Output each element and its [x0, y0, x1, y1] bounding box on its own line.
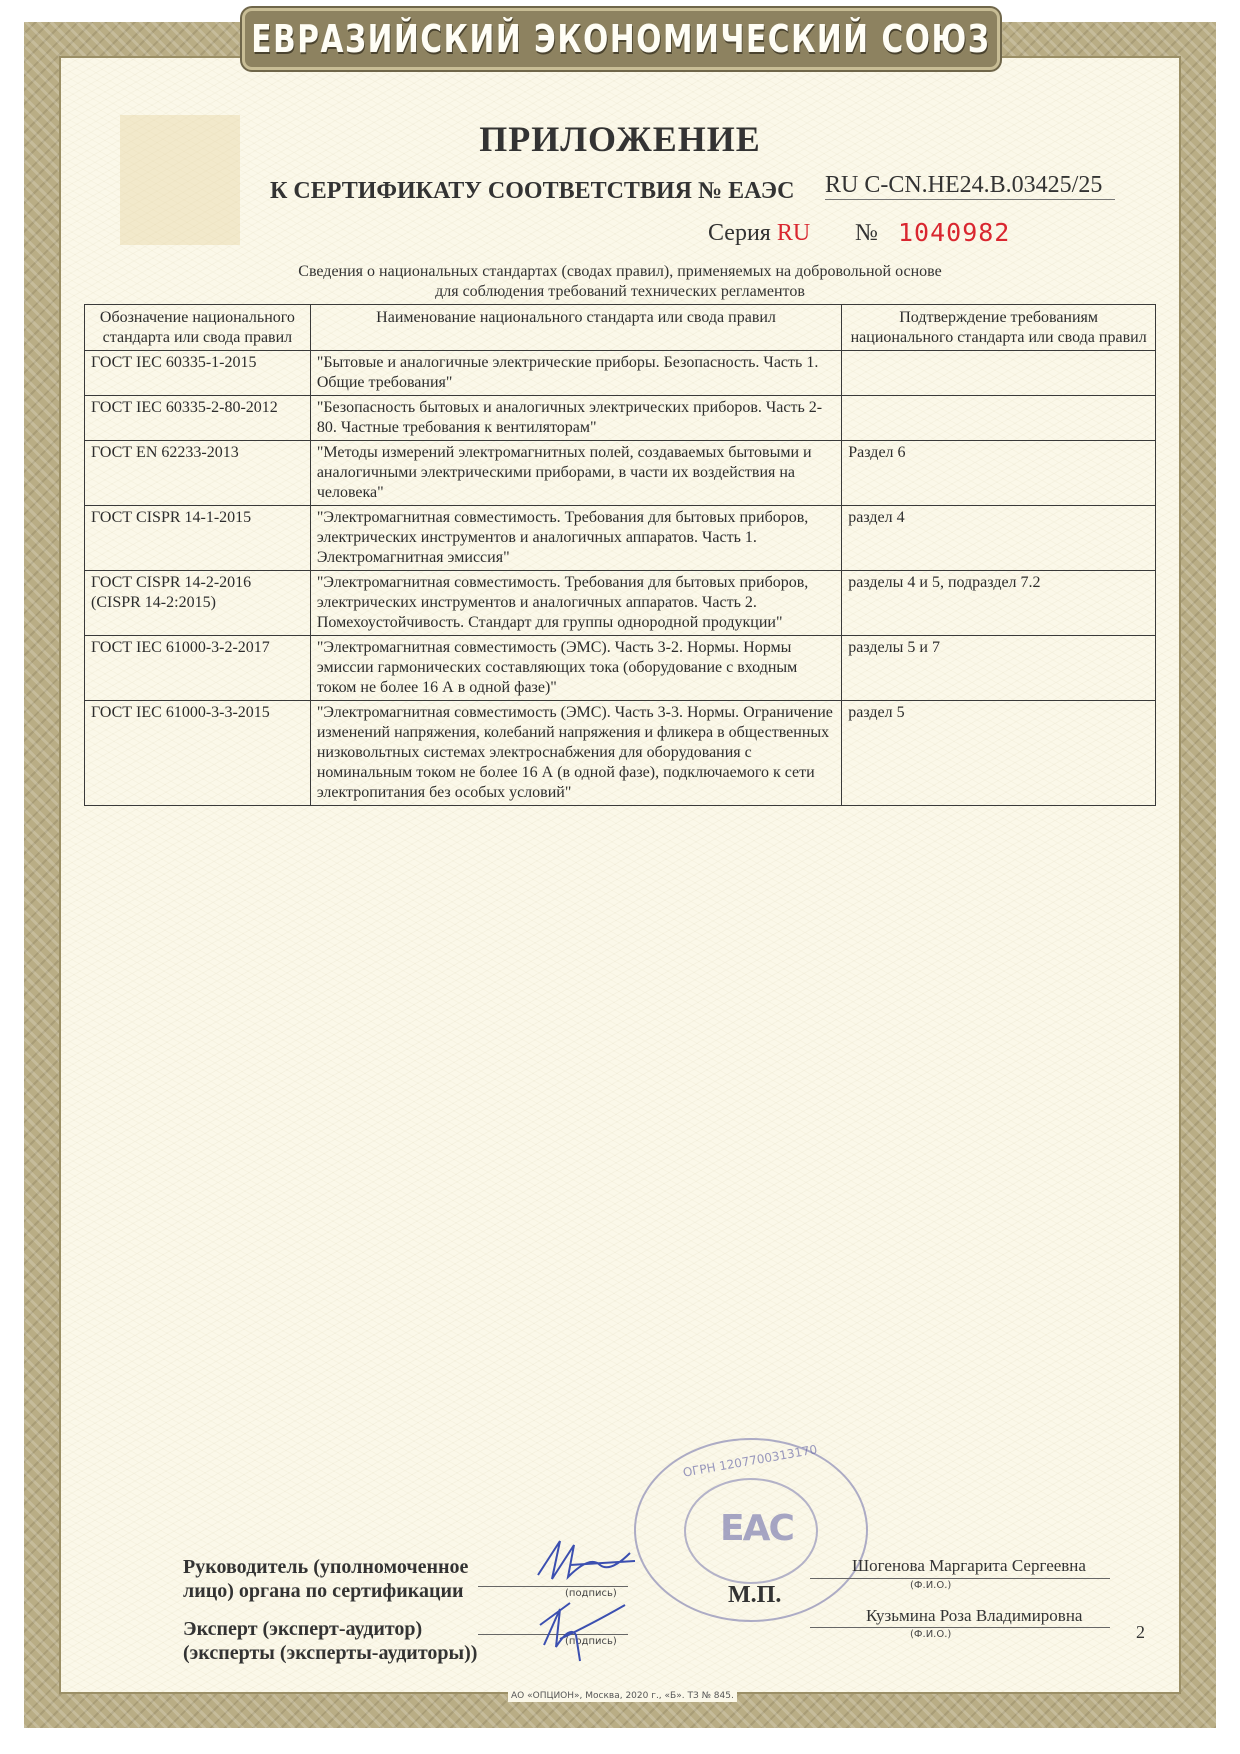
series: Серия RU — [708, 220, 810, 247]
standard-name: "Электромагнитная совместимость. Требова… — [310, 571, 841, 636]
head-label: Руководитель (уполномоченное лицо) орган… — [183, 1555, 477, 1603]
expert-label-line-2: (эксперты (эксперты-аудиторы)) — [183, 1641, 477, 1665]
standard-name: "Электромагнитная совместимость (ЭМС). Ч… — [310, 701, 841, 806]
column-header-confirmation: Подтверждение требованиям национального … — [842, 305, 1156, 351]
expert-name: Кузьмина Роза Владимировна — [866, 1606, 1082, 1626]
standard-confirmation: разделы 4 и 5, подраздел 7.2 — [842, 571, 1156, 636]
table-row: ГОСТ IEC 60335-1-2015"Бытовые и аналогич… — [85, 351, 1156, 396]
standard-code: ГОСТ IEC 60335-2-80-2012 — [85, 396, 311, 441]
table-row: ГОСТ IEC 60335-2-80-2012"Безопасность бы… — [85, 396, 1156, 441]
certificate-number: RU C-CN.HE24.B.03425/25 — [825, 172, 1115, 200]
series-label: Серия — [708, 220, 771, 246]
signature-labels: Руководитель (уполномоченное лицо) орган… — [183, 1555, 477, 1665]
intro-line-1: Сведения о национальных стандартах (свод… — [0, 262, 1240, 282]
standard-confirmation: Раздел 6 — [842, 441, 1156, 506]
union-name: ЕВРАЗИЙСКИЙ ЭКОНОМИЧЕСКИЙ СОЮЗ — [251, 17, 990, 61]
standard-name: "Электромагнитная совместимость. Требова… — [310, 506, 841, 571]
page-number: 2 — [1136, 1622, 1145, 1643]
standard-code: ГОСТ CISPR 14-2-2016 (CISPR 14-2:2015) — [85, 571, 311, 636]
table-row: ГОСТ CISPR 14-2-2016 (CISPR 14-2:2015)"Э… — [85, 571, 1156, 636]
standard-name: "Безопасность бытовых и аналогичных элек… — [310, 396, 841, 441]
union-banner: ЕВРАЗИЙСКИЙ ЭКОНОМИЧЕСКИЙ СОЮЗ — [242, 8, 1000, 70]
standard-code: ГОСТ IEC 60335-1-2015 — [85, 351, 311, 396]
head-name-line — [810, 1578, 1110, 1579]
standard-confirmation: разделы 5 и 7 — [842, 636, 1156, 701]
standard-code: ГОСТ EN 62233-2013 — [85, 441, 311, 506]
head-label-line-2: лицо) органа по сертификации — [183, 1579, 477, 1603]
head-label-line-1: Руководитель (уполномоченное — [183, 1555, 477, 1579]
page-title: ПРИЛОЖЕНИЕ — [0, 118, 1240, 160]
expert-fio-caption: (Ф.И.О.) — [910, 1629, 951, 1640]
head-name: Шогенова Маргарита Сергеевна — [852, 1556, 1086, 1576]
standard-name: "Методы измерений электромагнитных полей… — [310, 441, 841, 506]
table-row: ГОСТ IEC 61000-3-3-2015"Электромагнитная… — [85, 701, 1156, 806]
eac-mark-icon: ЕАС — [720, 1508, 793, 1549]
standard-name: "Бытовые и аналогичные электрические при… — [310, 351, 841, 396]
number-label: № — [855, 220, 878, 247]
expert-label: Эксперт (эксперт-аудитор) (эксперты (экс… — [183, 1617, 477, 1665]
standard-name: "Электромагнитная совместимость (ЭМС). Ч… — [310, 636, 841, 701]
expert-signature — [530, 1595, 630, 1665]
expert-label-line-1: Эксперт (эксперт-аудитор) — [183, 1617, 477, 1641]
head-signature — [530, 1535, 640, 1590]
serial-number: 1040982 — [898, 218, 1010, 247]
standard-confirmation: раздел 4 — [842, 506, 1156, 571]
stamp-ogrn: ОГРН 1207700313170 — [682, 1442, 818, 1479]
stamp-place-label: М.П. — [728, 1582, 781, 1609]
head-fio-caption: (Ф.И.О.) — [910, 1580, 951, 1591]
table-header-row: Обозначение национального стандарта или … — [85, 305, 1156, 351]
standard-code: ГОСТ IEC 61000-3-3-2015 — [85, 701, 311, 806]
column-header-code: Обозначение национального стандарта или … — [85, 305, 311, 351]
standard-confirmation — [842, 396, 1156, 441]
table-row: ГОСТ CISPR 14-1-2015"Электромагнитная со… — [85, 506, 1156, 571]
intro-text: Сведения о национальных стандартах (свод… — [0, 262, 1240, 302]
table-row: ГОСТ IEC 61000-3-2-2017"Электромагнитная… — [85, 636, 1156, 701]
table-row: ГОСТ EN 62233-2013"Методы измерений элек… — [85, 441, 1156, 506]
standard-confirmation: раздел 5 — [842, 701, 1156, 806]
printer-imprint: АО «ОПЦИОН», Москва, 2020 г., «Б». ТЗ № … — [508, 1690, 737, 1702]
series-value: RU — [777, 220, 810, 246]
standards-table: Обозначение национального стандарта или … — [84, 304, 1156, 806]
column-header-name: Наименование национального стандарта или… — [310, 305, 841, 351]
standard-code: ГОСТ CISPR 14-1-2015 — [85, 506, 311, 571]
standard-code: ГОСТ IEC 61000-3-2-2017 — [85, 636, 311, 701]
certificate-label: К СЕРТИФИКАТУ СООТВЕТСТВИЯ № ЕАЭС — [270, 178, 794, 205]
standard-confirmation — [842, 351, 1156, 396]
expert-name-line — [810, 1627, 1110, 1628]
intro-line-2: для соблюдения требований технических ре… — [0, 282, 1240, 302]
